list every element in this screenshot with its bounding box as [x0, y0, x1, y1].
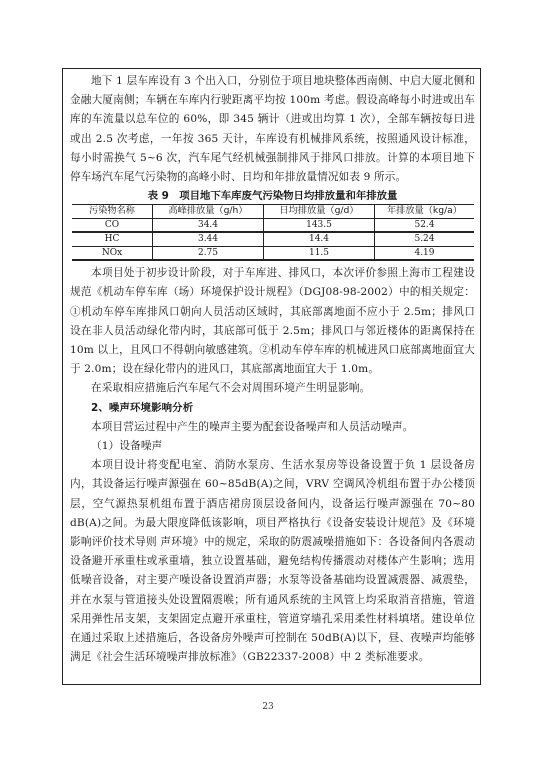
paragraph-garage-description: 地下 1 层车库设有 3 个出入口，分别位于项目地块整体西南侧、中启大厦北侧和金…: [70, 72, 475, 187]
paragraph-ventilation-regulations: 本项目处于初步设计阶段，对于车库进、排风口，本次评价参照上海市工程建设规范《机动…: [70, 264, 475, 379]
table-caption: 表 9 项目地下车库废气污染物日均排放量和年排放量: [70, 188, 475, 204]
cell-peak: 34.4: [153, 218, 264, 232]
table-header-row: 污染物名称 高峰排放量（g/h） 日均排放量（g/d） 年排放量（kg/a）: [72, 205, 474, 219]
cell-peak: 3.44: [153, 232, 264, 246]
paragraph-equipment-noise: 本项目设计将变配电室、消防水泵房、生活水泵房等设备设置于负 1 层设备房内，其设…: [70, 456, 475, 667]
cell-daily: 11.5: [264, 246, 375, 260]
cell-pollutant: CO: [72, 218, 153, 232]
emissions-table: 污染物名称 高峰排放量（g/h） 日均排放量（g/d） 年排放量（kg/a） C…: [72, 204, 474, 261]
paragraph-noise-intro: 本项目营运过程中产生的噪声主要为配套设备噪声和人员活动噪声。: [70, 418, 475, 437]
cell-annual: 52.4: [375, 218, 475, 232]
cell-annual: 4.19: [375, 246, 475, 260]
subsection-heading-equipment-noise: （1）设备噪声: [70, 437, 475, 456]
cell-annual: 5.24: [375, 232, 475, 246]
header-annual-emission: 年排放量（kg/a）: [375, 205, 475, 219]
document-body: 地下 1 层车库设有 3 个出入口，分别位于项目地块整体西南侧、中启大厦北侧和金…: [70, 72, 475, 667]
section-heading-noise: 2、噪声环境影响分析: [70, 399, 475, 418]
page-number: 23: [0, 702, 536, 712]
cell-pollutant: NOx: [72, 246, 153, 260]
header-pollutant: 污染物名称: [72, 205, 153, 219]
header-peak-emission: 高峰排放量（g/h）: [153, 205, 264, 219]
cell-peak: 2.75: [153, 246, 264, 260]
cell-daily: 14.4: [264, 232, 375, 246]
header-daily-emission: 日均排放量（g/d）: [264, 205, 375, 219]
cell-pollutant: HC: [72, 232, 153, 246]
cell-daily: 143.5: [264, 218, 375, 232]
table-row: NOx 2.75 11.5 4.19: [72, 246, 474, 260]
table-row: HC 3.44 14.4 5.24: [72, 232, 474, 246]
paragraph-exhaust-conclusion: 在采取相应措施后汽车尾气不会对周围环境产生明显影响。: [70, 379, 475, 398]
table-row: CO 34.4 143.5 52.4: [72, 218, 474, 232]
